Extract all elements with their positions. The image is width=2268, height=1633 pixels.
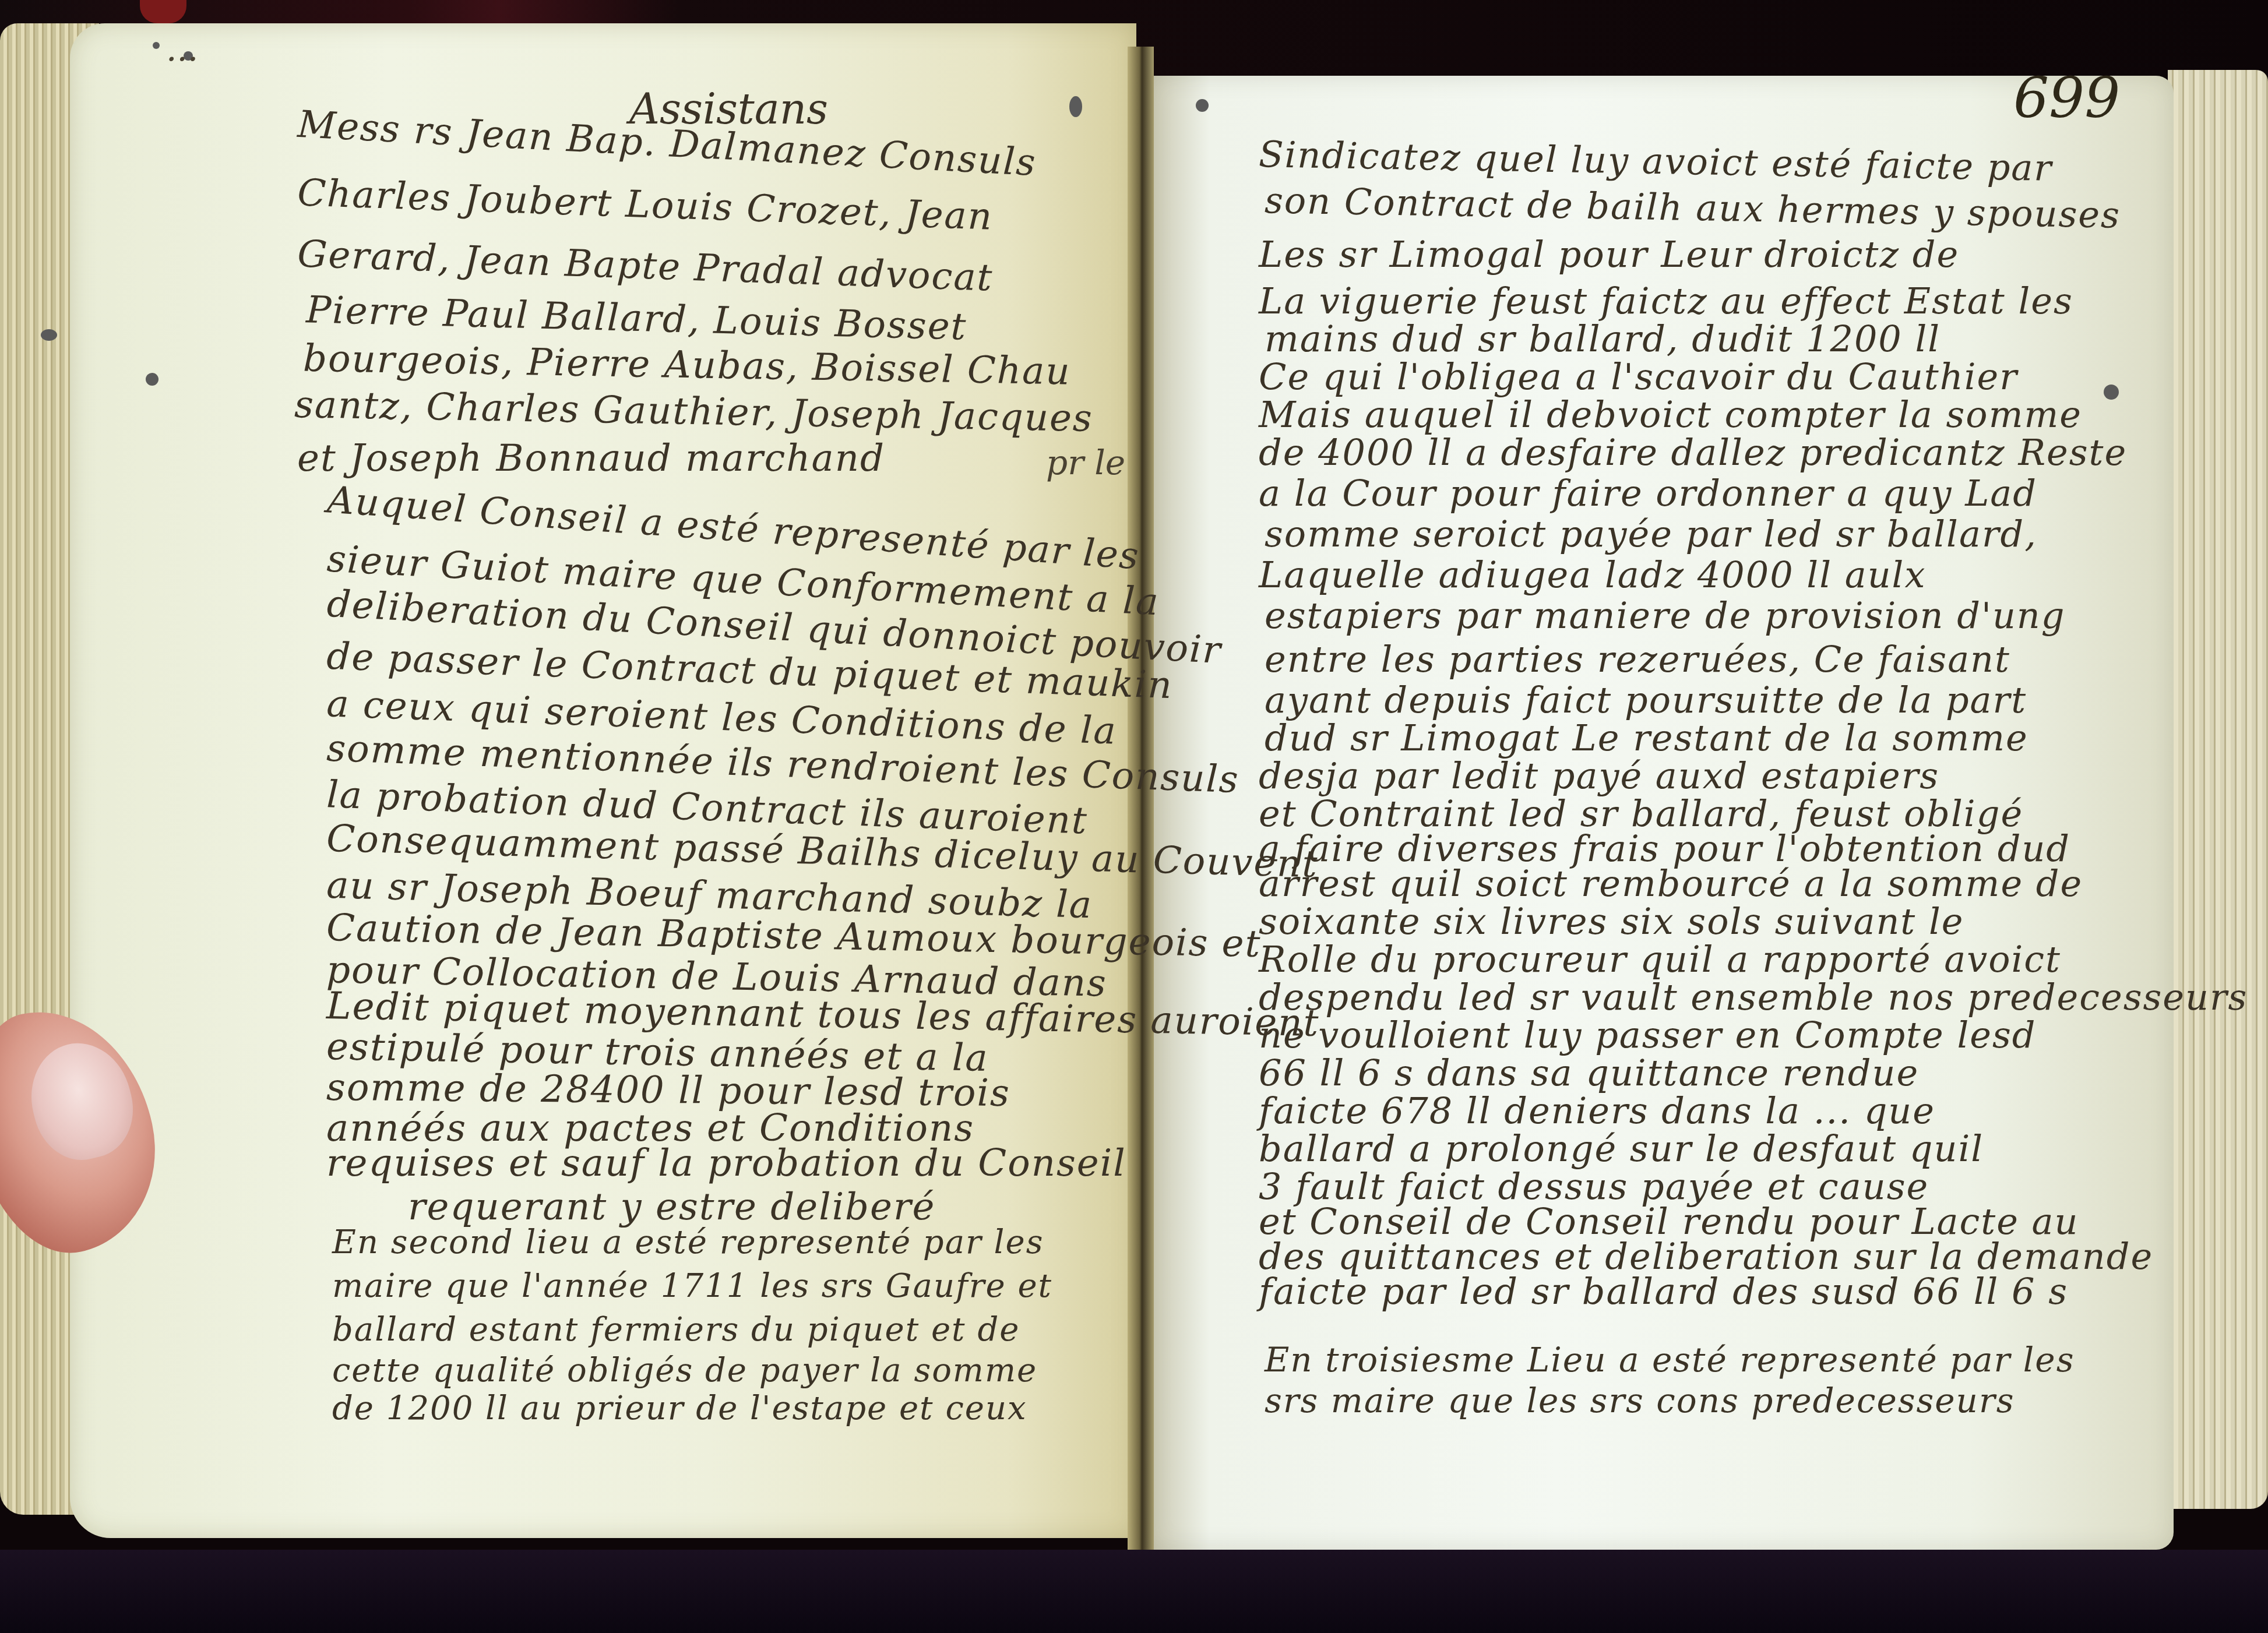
- worm-hole: [41, 329, 57, 341]
- text-line: desja par ledit payé auxd estapiers: [1259, 754, 1939, 797]
- worm-hole: [153, 42, 160, 49]
- paragraph-line: cette qualité obligés de payer la somme: [332, 1352, 1037, 1389]
- closing-line: srs maire que les srs cons predecesseurs: [1265, 1381, 2015, 1420]
- folio-number: 699: [2013, 65, 2120, 131]
- red-cloth-corner: [140, 0, 186, 23]
- text-line: soixante six livres six sols suivant le: [1259, 900, 1964, 943]
- text-line: dud sr Limogat Le restant de la somme: [1265, 717, 2028, 759]
- text-line: faicte 678 ll deniers dans la ... que: [1259, 1089, 1935, 1132]
- paragraph-line: requises et sauf la probation du Conseil: [326, 1142, 1126, 1185]
- worm-hole: [1196, 99, 1209, 112]
- worm-hole: [1069, 96, 1082, 117]
- top-marks: ...: [166, 29, 198, 69]
- text-line: La viguerie feust faictz au effect Estat…: [1259, 280, 2073, 322]
- text-line: Ce qui l'obligea a l'scavoir du Cauthier: [1259, 355, 2018, 398]
- text-line: Rolle du procureur quil a rapporté avoic…: [1259, 938, 2061, 980]
- paragraph-line: requerant y estre deliberé: [408, 1186, 935, 1229]
- text-line: ne voulloient luy passer en Compte lesd: [1259, 1014, 2036, 1056]
- text-line: a la Cour pour faire ordonner a quy Lad: [1259, 472, 2037, 514]
- text-line: 66 ll 6 s dans sa quittance rendue: [1259, 1052, 1919, 1094]
- text-line: Mais auquel il debvoict compter la somme: [1259, 393, 2082, 436]
- text-line: arrest quil soict rembourcé a la somme d…: [1259, 862, 2083, 905]
- paragraph-line: maire que l'année 1711 les srs Gaufre et: [332, 1267, 1052, 1305]
- text-line: despendu led sr vault ensemble nos prede…: [1259, 976, 2248, 1018]
- text-line: ballard a prolongé sur le desfaut quil: [1259, 1127, 1984, 1170]
- background-bottom: [0, 1550, 2268, 1633]
- paragraph-line: ballard estant fermiers du piquet et de: [332, 1311, 1020, 1349]
- text-line: entre les parties rezeruées, Ce faisant: [1265, 638, 2010, 680]
- text-line: faicte par led sr ballard des susd 66 ll…: [1259, 1270, 2068, 1313]
- worm-hole: [146, 373, 159, 386]
- attendee-line: et Joseph Bonnaud marchand: [297, 437, 885, 480]
- text-line: Les sr Limogal pour Leur droictz de: [1259, 233, 1959, 276]
- margin-note: pr le: [1046, 443, 1125, 482]
- right-fore-edge: [2168, 70, 2268, 1509]
- text-line: de 4000 ll a desfaire dallez predicantz …: [1259, 431, 2127, 474]
- paragraph-line: En second lieu a esté representé par les: [332, 1223, 1044, 1261]
- worm-hole: [2104, 385, 2119, 400]
- text-line: estapiers par maniere de provision d'ung: [1265, 594, 2066, 637]
- closing-line: En troisiesme Lieu a esté representé par…: [1265, 1340, 2075, 1380]
- text-line: Laquelle adiugea ladz 4000 ll aulx: [1259, 553, 1926, 596]
- text-line: somme seroict payée par led sr ballard,: [1265, 513, 2037, 555]
- text-line: ayant depuis faict poursuitte de la part: [1265, 679, 2027, 721]
- paragraph-line: de 1200 ll au prieur de l'estape et ceux: [332, 1389, 1027, 1427]
- text-line: mains dud sr ballard, dudit 1200 ll: [1265, 318, 1941, 360]
